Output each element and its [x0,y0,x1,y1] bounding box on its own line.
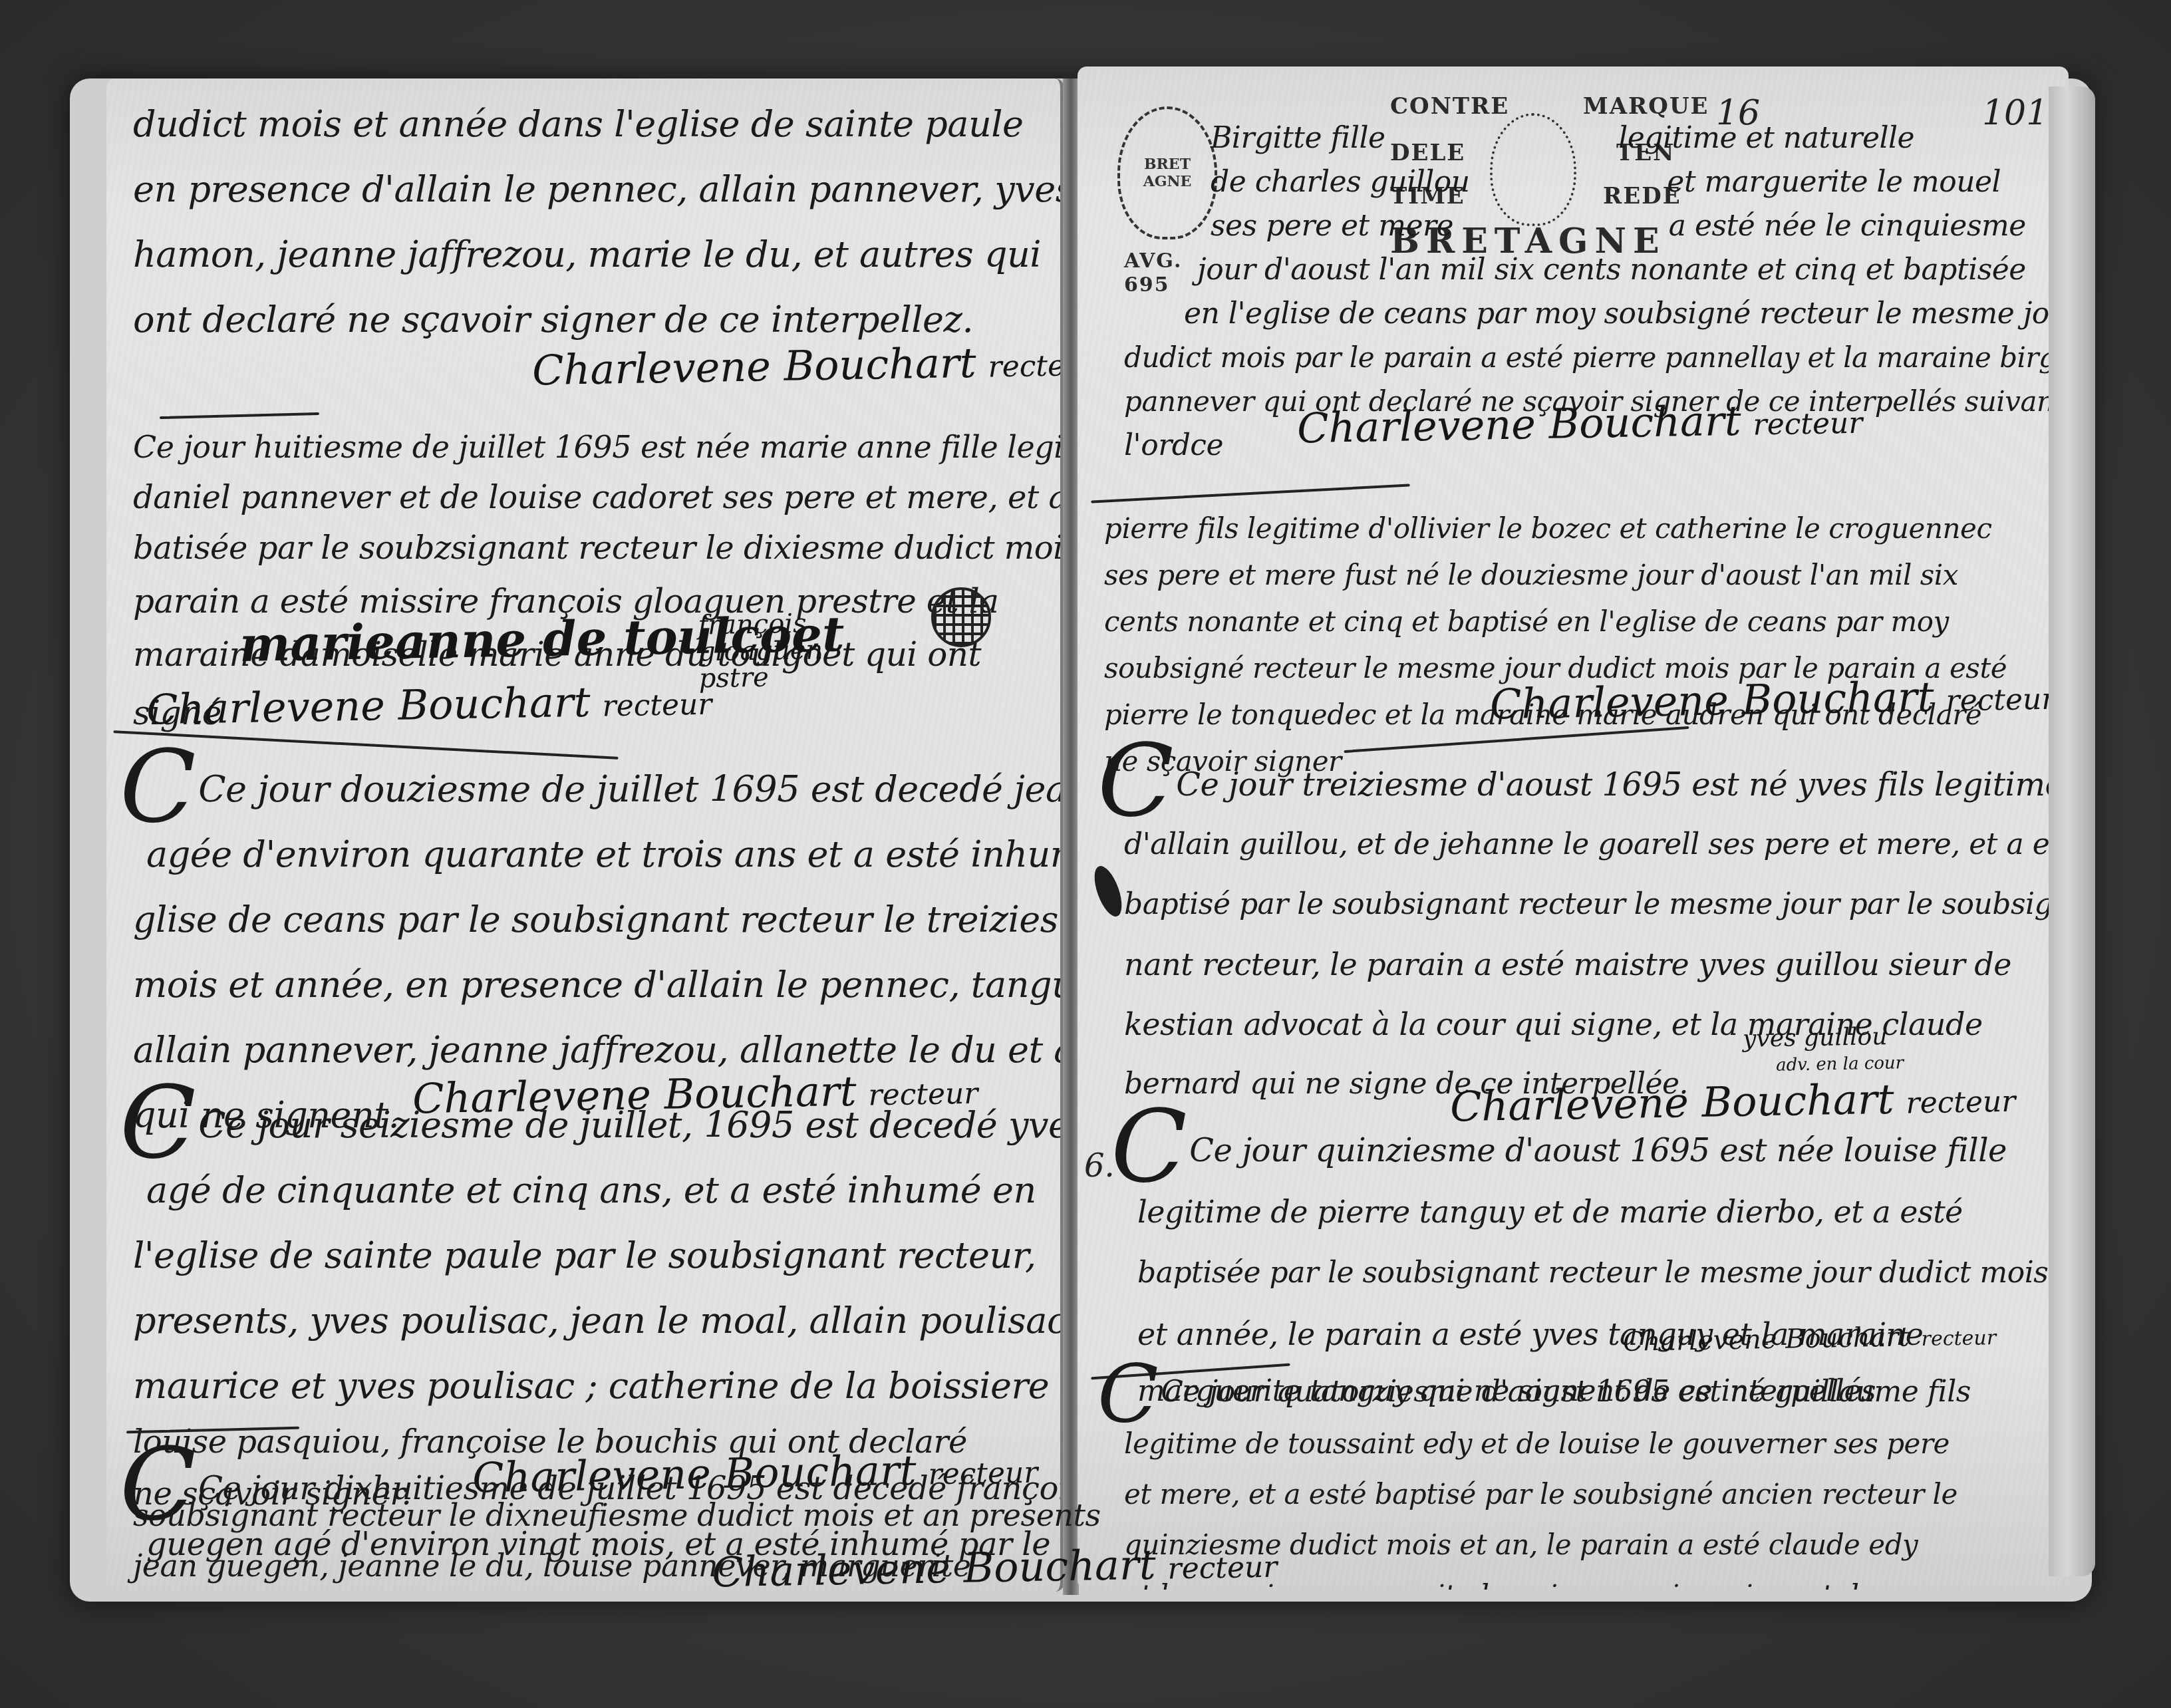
flourish-mark-icon [931,587,991,647]
entry-line: d'allain guillou, et de jehanne le goare… [1097,815,2069,875]
signature-rector: Charlevene Bouchartrecteur [146,676,712,734]
entry-line: ses pere et mere a esté née le cinquiesm… [1117,204,2069,248]
entry-line: CCe jour quinziesme d'aoust 1695 est née… [1111,1117,2048,1181]
signature-godfather-title: adv. en la cour [1776,1053,1904,1075]
entry-line: presents, yves poulisac, jean le moal, a… [120,1288,1064,1353]
entry-line: jean guegen, jeanne le du, louise pannev… [133,1540,1101,1591]
entry-line: en l'eglise de ceans par moy soubsigné r… [1117,292,2069,336]
entry-line: baptisée par le soubsignant recteur le m… [1111,1242,2048,1304]
entry-line: agé de cinquante et cinq ans, et a esté … [120,1158,1064,1223]
entry-line: CCe jour seiziesme de juillet, 1695 est … [120,1093,1064,1158]
entry-line: nant recteur, le parain a esté maistre y… [1097,934,2069,994]
entry-continuation: dudict mois et année dans l'eglise de sa… [133,92,1064,353]
entry-line: kestian advocat à la cour qui signe, et … [1097,994,2069,1054]
entry-line: Birgitte fille legitime et naturelle [1117,116,2069,160]
entry-line: CCe jour quatorziesme d'aoust 1695 est n… [1097,1367,1971,1419]
entry-baptism-pierre: pierre fils legitime d'ollivier le bozec… [1104,505,2007,785]
entry-line: CCe jour treiziesme d'aoust 1695 est né … [1097,752,2069,815]
signature-godfather: françois gloaguen pstre [698,609,885,692]
entry-line: de charles guillou et marguerite le moue… [1117,160,2069,204]
entry-line: CCe jour douziesme de juillet 1695 est d… [120,757,1064,822]
signature-rector: Charlevene Bouchartrecteur [1489,670,2055,729]
entry-line: ses pere et mere fust né le douziesme jo… [1104,552,2007,599]
entry-line: dudict mois et année dans l'eglise de sa… [133,92,1064,157]
right-page: BRET AGNE CONTRE MARQUE DELE TEN TIME RE… [1078,67,2069,1590]
entry-line: legitime de pierre tanguy et de marie di… [1111,1181,2048,1242]
entry-burial-francois-guegen-cont: soubsignant recteur le dixneufiesme dudi… [133,1490,1101,1591]
entry-line: et mere, et a esté baptisé par le soubsi… [1097,1469,1971,1520]
entry-line: dudict mois par le parain a esté pierre … [1117,336,2069,380]
entry-divider [1091,484,1410,503]
entry-line: baptisé par le soubsignant recteur le me… [1097,875,2069,934]
margin-number: 6. [1084,1147,1115,1185]
entry-line: glise de ceans par le soubsignant recteu… [120,887,1064,952]
entry-line: jour d'aoust l'an mil six cents nonante … [1117,248,2069,292]
entry-line: soubsignant recteur le dixneufiesme dudi… [133,1490,1101,1540]
signature-rector: Charlevene Bouchartrecteur [531,337,1064,395]
scanned-register-image: dudict mois et année dans l'eglise de sa… [0,0,2171,1708]
entry-line: agée d'environ quarante et trois ans et … [120,822,1064,887]
signature-godfather: yves guillou [1743,1023,1888,1053]
stamp-contre: CONTRE [1390,93,1509,120]
entry-line: pierre fils legitime d'ollivier le bozec… [1104,505,2007,552]
entry-line: en presence d'allain le pennec, allain p… [133,157,1064,222]
entry-line: legitime de toussaint edy et de louise l… [1097,1419,1971,1469]
entry-baptism-yves-guillou: CCe jour treiziesme d'aoust 1695 est né … [1097,752,2069,1114]
entry-line: mois et année, en presence d'allain le p… [120,952,1064,1018]
left-page: dudict mois et année dans l'eglise de sa… [106,78,1064,1592]
signature-rector: Charlevene Bouchartrecteur [1296,394,1862,453]
stamp-marque: MARQUE [1583,93,1709,120]
entry-line: cents nonante et cinq et baptisé en l'eg… [1104,599,2007,645]
signature-rector: Charlevene Bouchartrecteur [1623,1320,1997,1357]
page-fold-edge [2049,86,2095,1576]
entry-line: hamon, jeanne jaffrezou, marie le du, et… [133,222,1064,287]
book-gutter [1063,78,1079,1595]
entry-line: l'eglise de sainte paule par le soubsign… [120,1223,1064,1288]
